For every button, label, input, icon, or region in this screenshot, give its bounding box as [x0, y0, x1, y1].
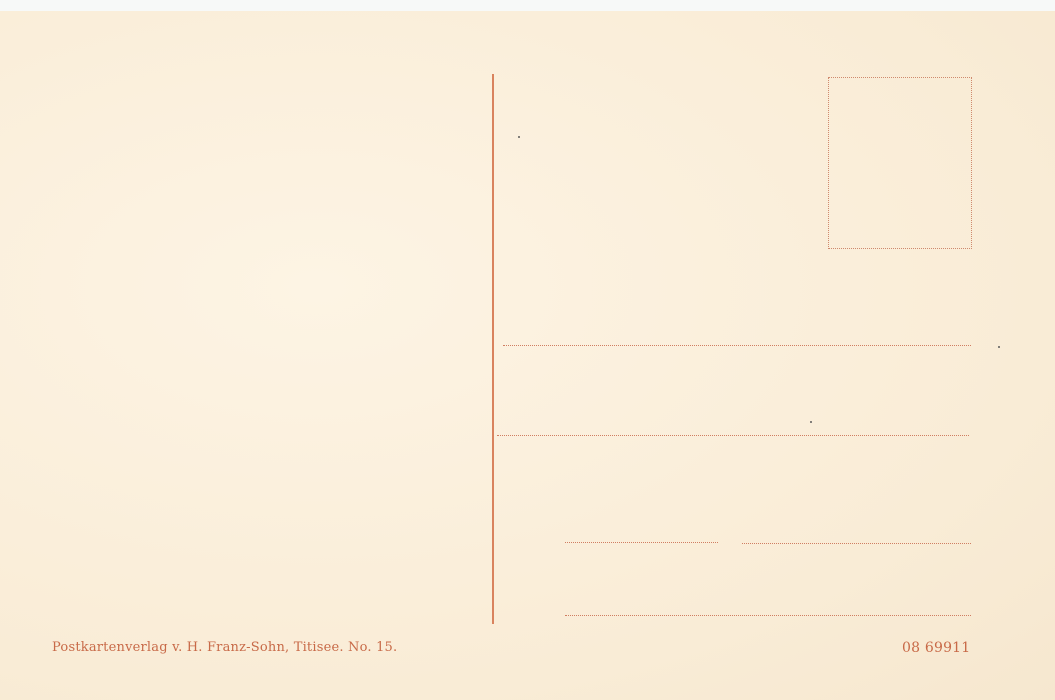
address-line-4: [565, 615, 971, 616]
publisher-imprint: Postkartenverlag v. H. Franz-Sohn, Titis…: [52, 640, 397, 655]
paper-speck: [810, 421, 812, 423]
postcard-back: Postkartenverlag v. H. Franz-Sohn, Titis…: [0, 11, 1055, 700]
address-line-3a: [565, 542, 718, 543]
paper-speck: [518, 136, 520, 138]
paper-speck: [998, 346, 1000, 348]
address-line-2: [497, 435, 969, 436]
address-line-1: [503, 345, 971, 346]
catalog-number: 08 69911: [902, 640, 970, 656]
address-line-3b: [742, 543, 971, 544]
stamp-placeholder-box: [828, 77, 972, 249]
center-divider-line: [492, 74, 494, 624]
